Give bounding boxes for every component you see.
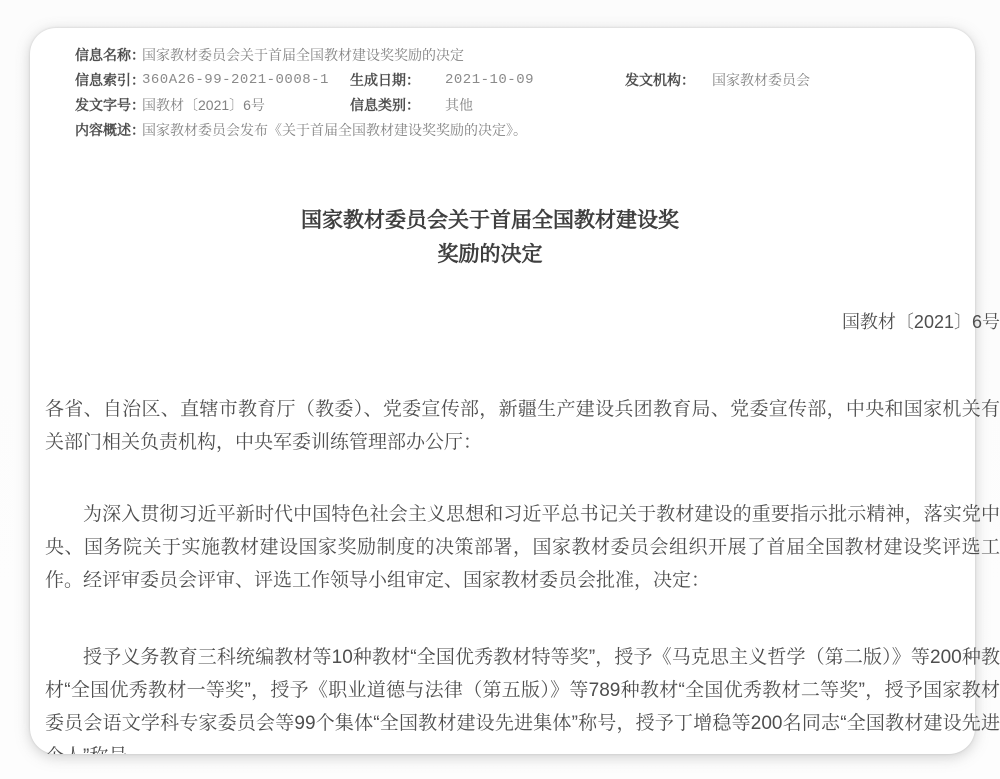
page-background: 信息名称： 国家教材委员会关于首届全国教材建设奖奖励的决定 信息索引： 360A… [0,0,1000,779]
doc-no-value: 国教材〔2021〕6号 [142,95,265,115]
meta-row-index-date-org: 信息索引： 360A26-99-2021-0008-1 生成日期： 2021-1… [45,70,1000,95]
body-paragraph-2: 授予义务教育三科统编教材等10种教材“全国优秀教材特等奖”，授予《马克思主义哲学… [45,641,1000,754]
info-name-value: 国家教材委员会关于首届全国教材建设奖奖励的决定 [142,45,464,65]
meta-row-info-name: 信息名称： 国家教材委员会关于首届全国教材建设奖奖励的决定 [45,45,1000,70]
gen-date-label: 生成日期： [350,70,420,90]
metadata-block: 信息名称： 国家教材委员会关于首届全国教材建设奖奖励的决定 信息索引： 360A… [45,45,1000,145]
info-index-value: 360A26-99-2021-0008-1 [142,70,329,90]
document-content: 信息名称： 国家教材委员会关于首届全国教材建设奖奖励的决定 信息索引： 360A… [45,28,1000,754]
document-title-line2: 奖励的决定 [45,238,935,272]
document-number: 国教材〔2021〕6号 [45,310,1000,334]
issuing-org-value: 国家教材委员会 [712,70,810,90]
document-title: 国家教材委员会关于首届全国教材建设奖 奖励的决定 [45,204,935,272]
summary-label: 内容概述： [75,120,145,140]
issuing-org-label: 发文机构： [625,70,695,90]
meta-row-docno-category: 发文字号： 国教材〔2021〕6号 信息类别： 其他 [45,95,1000,120]
gen-date-value: 2021-10-09 [445,70,534,90]
category-value: 其他 [445,95,473,115]
body-paragraph-1: 为深入贯彻习近平新时代中国特色社会主义思想和习近平总书记关于教材建设的重要指示批… [45,498,1000,597]
info-index-label: 信息索引： [75,70,145,90]
category-label: 信息类别： [350,95,420,115]
info-name-label: 信息名称： [75,45,145,65]
doc-no-label: 发文字号： [75,95,145,115]
meta-row-summary: 内容概述： 国家教材委员会发布《关于首届全国教材建设奖奖励的决定》。 [45,120,1000,145]
summary-value: 国家教材委员会发布《关于首届全国教材建设奖奖励的决定》。 [142,120,527,140]
salutation-paragraph: 各省、自治区、直辖市教育厅（教委）、党委宣传部，新疆生产建设兵团教育局、党委宣传… [45,393,1000,459]
document-title-line1: 国家教材委员会关于首届全国教材建设奖 [45,204,935,238]
